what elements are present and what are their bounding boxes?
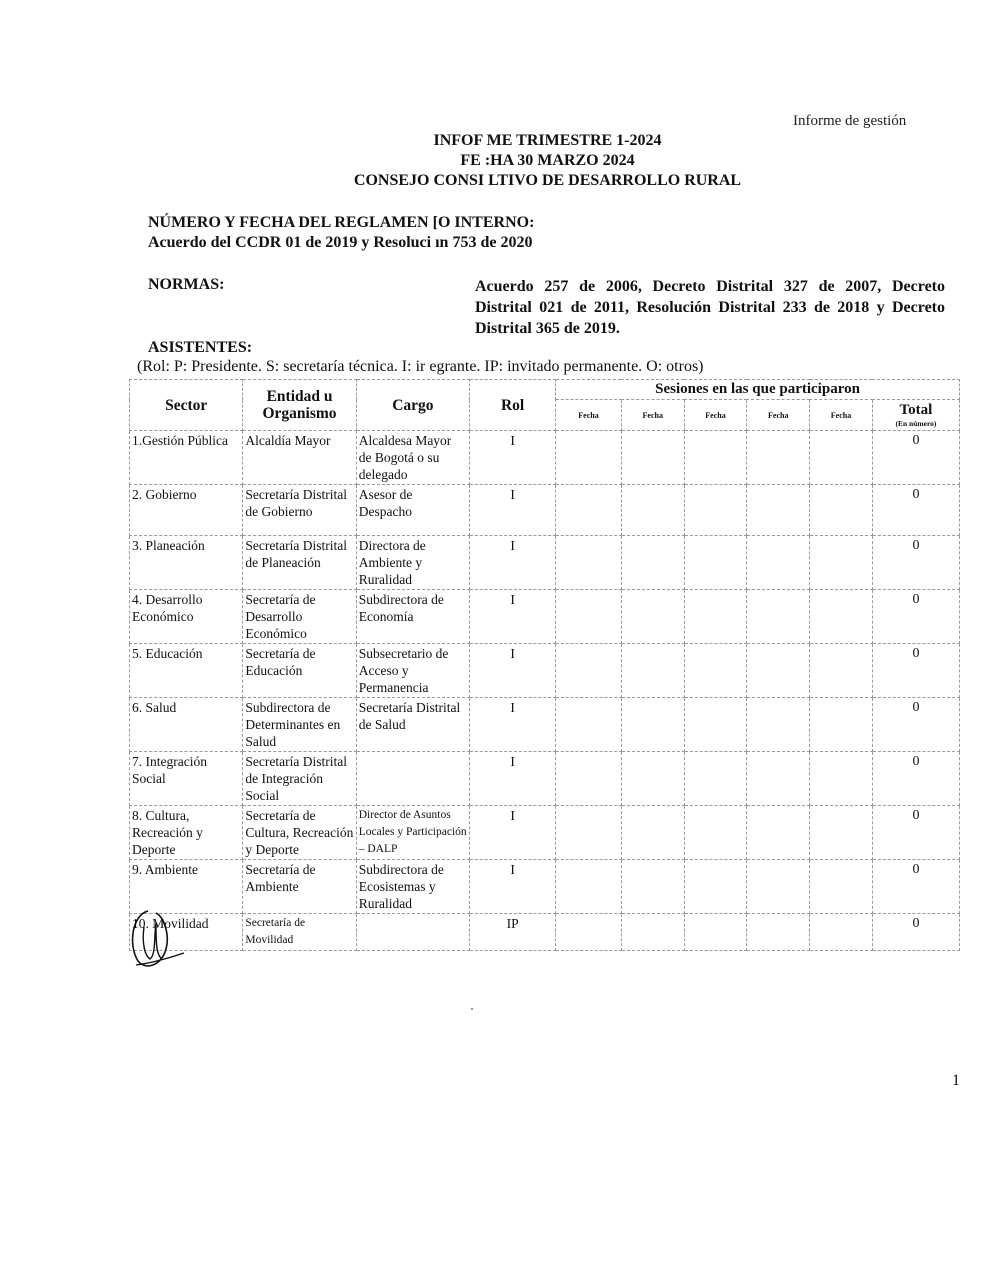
cell-fecha — [747, 860, 810, 914]
cell-rol: IP — [470, 914, 556, 951]
cell-fecha — [684, 590, 747, 644]
reglamento-label: NÚMERO Y FECHA DEL REGLAMEN [O INTERNO: — [148, 214, 534, 232]
cell-fecha — [621, 485, 684, 536]
cell-sector: 6. Salud — [130, 698, 243, 752]
cell-fecha — [556, 806, 622, 860]
cell-fecha — [747, 536, 810, 590]
cell-cargo: Director de Asuntos Locales y Participac… — [356, 806, 469, 860]
cell-fecha — [684, 485, 747, 536]
cell-fecha — [556, 914, 622, 951]
cell-total: 0 — [872, 806, 959, 860]
cell-fecha — [556, 431, 622, 485]
scan-speck — [471, 1008, 473, 1010]
table-row: 5. EducaciónSecretaría de EducaciónSubse… — [130, 644, 960, 698]
table-row: 1.Gestión PúblicaAlcaldía MayorAlcaldesa… — [130, 431, 960, 485]
cell-rol: I — [470, 431, 556, 485]
document-title: INFOF ME TRIMESTRE 1-2024 FE :HA 30 MARZ… — [0, 131, 1000, 191]
cell-fecha — [621, 590, 684, 644]
cell-fecha — [747, 485, 810, 536]
cell-sector: 2. Gobierno — [130, 485, 243, 536]
cell-entidad: Secretaría de Desarrollo Económico — [243, 590, 356, 644]
cell-fecha — [810, 860, 873, 914]
cell-cargo — [356, 752, 469, 806]
cell-fecha — [810, 698, 873, 752]
cell-entidad: Alcaldía Mayor — [243, 431, 356, 485]
reglamento-value: Acuerdo del CCDR 01 de 2019 y Resoluci ı… — [148, 234, 532, 252]
cell-entidad: Secretaría de Cultura, Recreación y Depo… — [243, 806, 356, 860]
cell-entidad: Secretaría Distrital de Integración Soci… — [243, 752, 356, 806]
cell-cargo: Subsecretario de Acceso y Permanencia — [356, 644, 469, 698]
cell-fecha — [621, 536, 684, 590]
cell-fecha — [556, 644, 622, 698]
table-row: 9. AmbienteSecretaría de AmbienteSubdire… — [130, 860, 960, 914]
cell-fecha — [747, 752, 810, 806]
cell-fecha — [621, 644, 684, 698]
cell-fecha — [810, 752, 873, 806]
header-sector: Sector — [130, 380, 243, 431]
cell-fecha — [810, 485, 873, 536]
cell-fecha — [810, 914, 873, 951]
cell-fecha — [684, 914, 747, 951]
cell-rol: I — [470, 536, 556, 590]
cell-rol: I — [470, 806, 556, 860]
cell-fecha — [684, 752, 747, 806]
cell-fecha — [810, 431, 873, 485]
header-cargo: Cargo — [356, 380, 469, 431]
cell-fecha — [747, 431, 810, 485]
cell-rol: I — [470, 698, 556, 752]
cell-fecha — [747, 644, 810, 698]
cell-cargo: Secretaría Distrital de Salud — [356, 698, 469, 752]
cell-sector: 8. Cultura, Recreación y Deporte — [130, 806, 243, 860]
cell-cargo: Alcaldesa Mayor de Bogotá o su delegado — [356, 431, 469, 485]
cell-entidad: Subdirectora de Determinantes en Salud — [243, 698, 356, 752]
cell-fecha — [556, 698, 622, 752]
cell-fecha — [621, 698, 684, 752]
header-fecha-3: Fecha — [684, 400, 747, 431]
title-line-date: FE :HA 30 MARZO 2024 — [95, 151, 1000, 171]
normas-label: NORMAS: — [148, 276, 224, 294]
cell-fecha — [747, 590, 810, 644]
table-row: 4. Desarrollo EconómicoSecretaría de Des… — [130, 590, 960, 644]
page-number: 1 — [952, 1072, 960, 1090]
cell-total: 0 — [872, 485, 959, 536]
cell-fecha — [621, 431, 684, 485]
cell-fecha — [621, 860, 684, 914]
rol-legend: (Rol: P: Presidente. S: secretaría técni… — [137, 358, 704, 376]
cell-sector: 7. Integración Social — [130, 752, 243, 806]
table-row: 10. MovilidadSecretaría de MovilidadIP0 — [130, 914, 960, 951]
table-row: 7. Integración SocialSecretaría Distrita… — [130, 752, 960, 806]
cell-fecha — [810, 536, 873, 590]
cell-total: 0 — [872, 860, 959, 914]
cell-entidad: Secretaría de Educación — [243, 644, 356, 698]
cell-rol: I — [470, 644, 556, 698]
cell-total: 0 — [872, 644, 959, 698]
document-header-label: Informe de gestión — [793, 113, 906, 130]
cell-rol: I — [470, 590, 556, 644]
title-line-report: INFOF ME TRIMESTRE 1-2024 — [95, 131, 1000, 151]
cell-fecha — [621, 914, 684, 951]
title-line-council: CONSEJO CONSI LTIVO DE DESARROLLO RURAL — [95, 171, 1000, 191]
cell-entidad: Secretaría Distrital de Planeación — [243, 536, 356, 590]
table-row: 3. PlaneaciónSecretaría Distrital de Pla… — [130, 536, 960, 590]
header-fecha-5: Fecha — [810, 400, 873, 431]
cell-fecha — [621, 752, 684, 806]
cell-fecha — [684, 644, 747, 698]
header-sesiones: Sesiones en las que participaron — [556, 380, 960, 400]
signature-icon — [126, 905, 196, 970]
cell-entidad: Secretaría de Ambiente — [243, 860, 356, 914]
cell-sector: 4. Desarrollo Económico — [130, 590, 243, 644]
cell-cargo: Directora de Ambiente y Ruralidad — [356, 536, 469, 590]
header-total-sub: (En número) — [875, 419, 957, 428]
cell-cargo: Asesor de Despacho — [356, 485, 469, 536]
attendance-table: Sector Entidad u Organismo Cargo Rol Ses… — [129, 379, 960, 951]
header-fecha-4: Fecha — [747, 400, 810, 431]
header-entidad: Entidad u Organismo — [243, 380, 356, 431]
cell-fecha — [747, 914, 810, 951]
cell-fecha — [556, 752, 622, 806]
cell-rol: I — [470, 752, 556, 806]
cell-fecha — [556, 860, 622, 914]
attendance-rows: 1.Gestión PúblicaAlcaldía MayorAlcaldesa… — [130, 431, 960, 951]
cell-cargo — [356, 914, 469, 951]
cell-cargo: Subdirectora de Ecosistemas y Ruralidad — [356, 860, 469, 914]
cell-total: 0 — [872, 536, 959, 590]
cell-fecha — [684, 431, 747, 485]
cell-total: 0 — [872, 590, 959, 644]
cell-fecha — [684, 806, 747, 860]
cell-total: 0 — [872, 431, 959, 485]
cell-entidad: Secretaría Distrital de Gobierno — [243, 485, 356, 536]
cell-entidad: Secretaría de Movilidad — [243, 914, 356, 951]
cell-total: 0 — [872, 698, 959, 752]
cell-sector: 5. Educación — [130, 644, 243, 698]
header-fecha-1: Fecha — [556, 400, 622, 431]
cell-cargo: Subdirectora de Economía — [356, 590, 469, 644]
cell-fecha — [810, 806, 873, 860]
cell-sector: 1.Gestión Pública — [130, 431, 243, 485]
cell-fecha — [684, 698, 747, 752]
cell-total: 0 — [872, 752, 959, 806]
header-total: Total (En número) — [872, 400, 959, 431]
cell-fecha — [684, 860, 747, 914]
table-row: 2. GobiernoSecretaría Distrital de Gobie… — [130, 485, 960, 536]
header-total-label: Total — [900, 402, 933, 418]
cell-fecha — [810, 644, 873, 698]
cell-total: 0 — [872, 914, 959, 951]
cell-rol: I — [470, 485, 556, 536]
cell-fecha — [684, 536, 747, 590]
cell-fecha — [747, 698, 810, 752]
normas-value: Acuerdo 257 de 2006, Decreto Distrital 3… — [475, 276, 945, 339]
header-fecha-2: Fecha — [621, 400, 684, 431]
cell-fecha — [556, 485, 622, 536]
cell-fecha — [621, 806, 684, 860]
asistentes-label: ASISTENTES: — [148, 339, 252, 357]
table-row: 6. SaludSubdirectora de Determinantes en… — [130, 698, 960, 752]
cell-fecha — [747, 806, 810, 860]
cell-sector: 3. Planeación — [130, 536, 243, 590]
cell-fecha — [556, 590, 622, 644]
table-row: 8. Cultura, Recreación y DeporteSecretar… — [130, 806, 960, 860]
header-rol: Rol — [470, 380, 556, 431]
cell-fecha — [810, 590, 873, 644]
cell-fecha — [556, 536, 622, 590]
cell-rol: I — [470, 860, 556, 914]
